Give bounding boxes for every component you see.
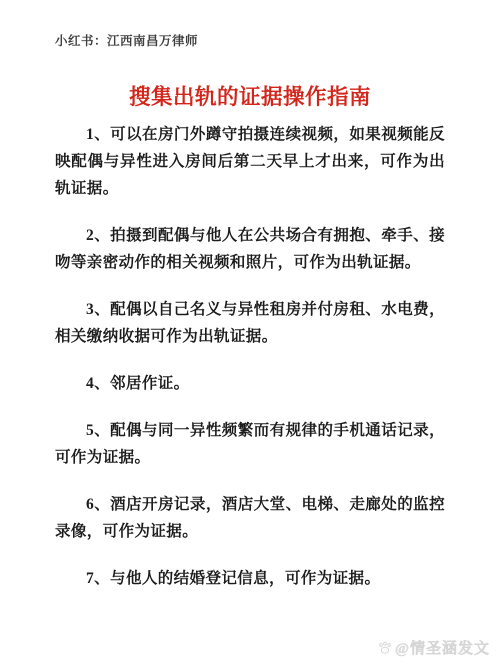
list-item-1: 1、可以在房门外蹲守拍摄连续视频，如果视频能反映配偶与异性进入房间后第二天早上才… bbox=[55, 121, 445, 202]
watermark-text: @情圣涵发文 bbox=[395, 637, 490, 658]
page-title: 搜集出轨的证据操作指南 bbox=[0, 80, 500, 111]
document-body: 1、可以在房门外蹲守拍摄连续视频，如果视频能反映配偶与异性进入房间后第二天早上才… bbox=[55, 121, 445, 612]
source-label: 小红书：江西南昌万律师 bbox=[55, 31, 198, 49]
document-page: 小红书：江西南昌万律师 搜集出轨的证据操作指南 1、可以在房门外蹲守拍摄连续视频… bbox=[0, 0, 500, 666]
list-item-7: 7、与他人的结婚登记信息，可作为证据。 bbox=[55, 565, 445, 592]
list-item-3: 3、配偶以自己名义与异性租房并付房租、水电费，相关缴纳收据可作为出轨证据。 bbox=[55, 296, 445, 350]
list-item-4: 4、邻居作证。 bbox=[55, 370, 445, 397]
list-item-2: 2、拍摄到配偶与他人在公共场合有拥抱、牵手、接吻等亲密动作的相关视频和照片，可作… bbox=[55, 222, 445, 276]
paw-icon bbox=[377, 640, 393, 656]
watermark: @情圣涵发文 bbox=[377, 637, 490, 658]
list-item-5: 5、配偶与同一异性频繁而有规律的手机通话记录，可作为证据。 bbox=[55, 417, 445, 471]
list-item-6: 6、酒店开房记录，酒店大堂、电梯、走廊处的监控录像，可作为证据。 bbox=[55, 491, 445, 545]
